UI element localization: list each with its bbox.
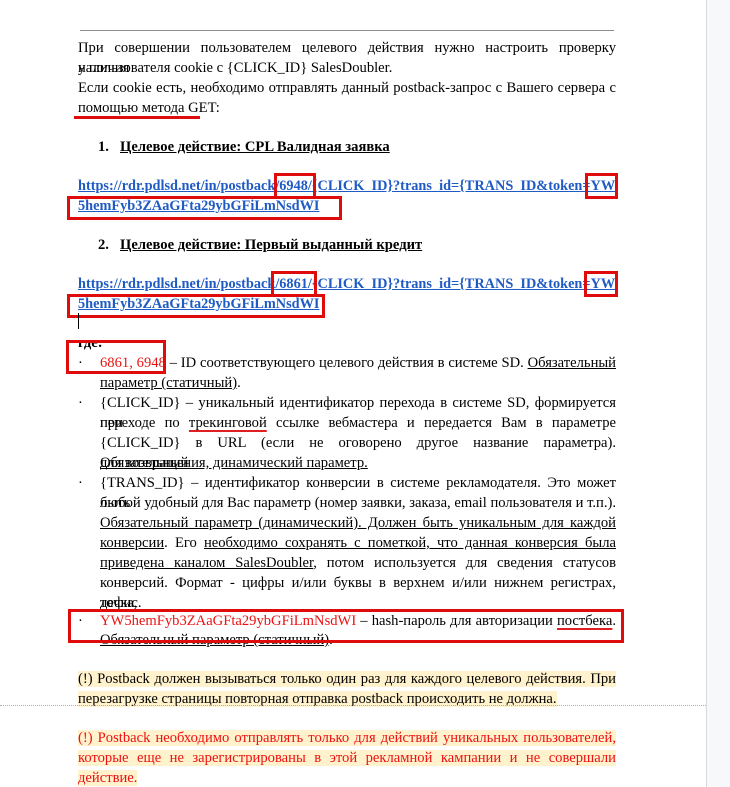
annotation-box-token xyxy=(68,609,624,643)
param-ids-line-2: параметр (статичный). xyxy=(100,373,616,393)
param-trans-id-line-5: приведена каналом SalesDoubler, потом ис… xyxy=(100,553,616,573)
action-title: Целевое действие: CPL Валидная заявка xyxy=(120,139,390,155)
side-panel xyxy=(706,0,730,787)
action-title: Целевое действие: Первый выданный кредит xyxy=(120,237,422,253)
action-heading-2: 2.Целевое действие: Первый выданный кред… xyxy=(98,235,422,255)
document-page: При совершении пользователем целевого де… xyxy=(0,0,706,787)
annotation-box-token-start xyxy=(585,173,618,199)
param-ids-line-1: 6861, 6948 – ID соответствующего целевог… xyxy=(100,353,616,373)
bullet-icon: · xyxy=(78,473,83,493)
text-cursor xyxy=(78,313,79,329)
intro-line-2: у пользователя cookie с {CLICK_ID} Sales… xyxy=(78,58,616,78)
annotation-box-token-start xyxy=(584,271,618,297)
action-number: 2. xyxy=(98,235,120,255)
note-unique-line-1: (!) Postback необходимо отправлять тольк… xyxy=(78,728,616,748)
note-unique-line-3: действие. xyxy=(78,768,616,787)
note-once-line-1: (!) Postback должен вызываться только од… xyxy=(78,669,616,689)
note-once-line-2: перезагрузке страницы повторная отправка… xyxy=(78,689,616,709)
param-trans-id-line-4: конверсии. Его необходимо сохранять с по… xyxy=(100,533,616,553)
annotation-underline xyxy=(74,116,200,119)
intro-line-4: помощью метода GET: xyxy=(78,98,616,118)
param-trans-id-line-2: любой удобный для Вас параметр (номер за… xyxy=(100,493,616,513)
page-break xyxy=(0,705,706,706)
param-trans-id-line-3: Обязательный параметр (динамический). До… xyxy=(100,513,616,533)
param-click-id-line-2: переходе по трекинговой ссылке вебмастер… xyxy=(100,413,616,433)
intro-line-3: Если cookie есть, необходимо отправлять … xyxy=(78,78,616,98)
action-heading-1: 1.Целевое действие: CPL Валидная заявка xyxy=(98,137,390,157)
postback-url-2[interactable]: https://rdr.pdlsd.net/in/postback/6861/{… xyxy=(78,274,618,294)
annotation-box-token-rest xyxy=(67,196,342,220)
action-number: 1. xyxy=(98,137,120,157)
horizontal-rule xyxy=(80,30,614,31)
bullet-icon: · xyxy=(78,393,83,413)
postback-url-1[interactable]: https://rdr.pdlsd.net/in/postback/6948/{… xyxy=(78,176,618,196)
annotation-box-token-rest xyxy=(67,294,325,318)
annotation-box-ids xyxy=(66,340,166,374)
param-click-id-line-4: для возвращения, динамический параметр. xyxy=(100,453,616,473)
